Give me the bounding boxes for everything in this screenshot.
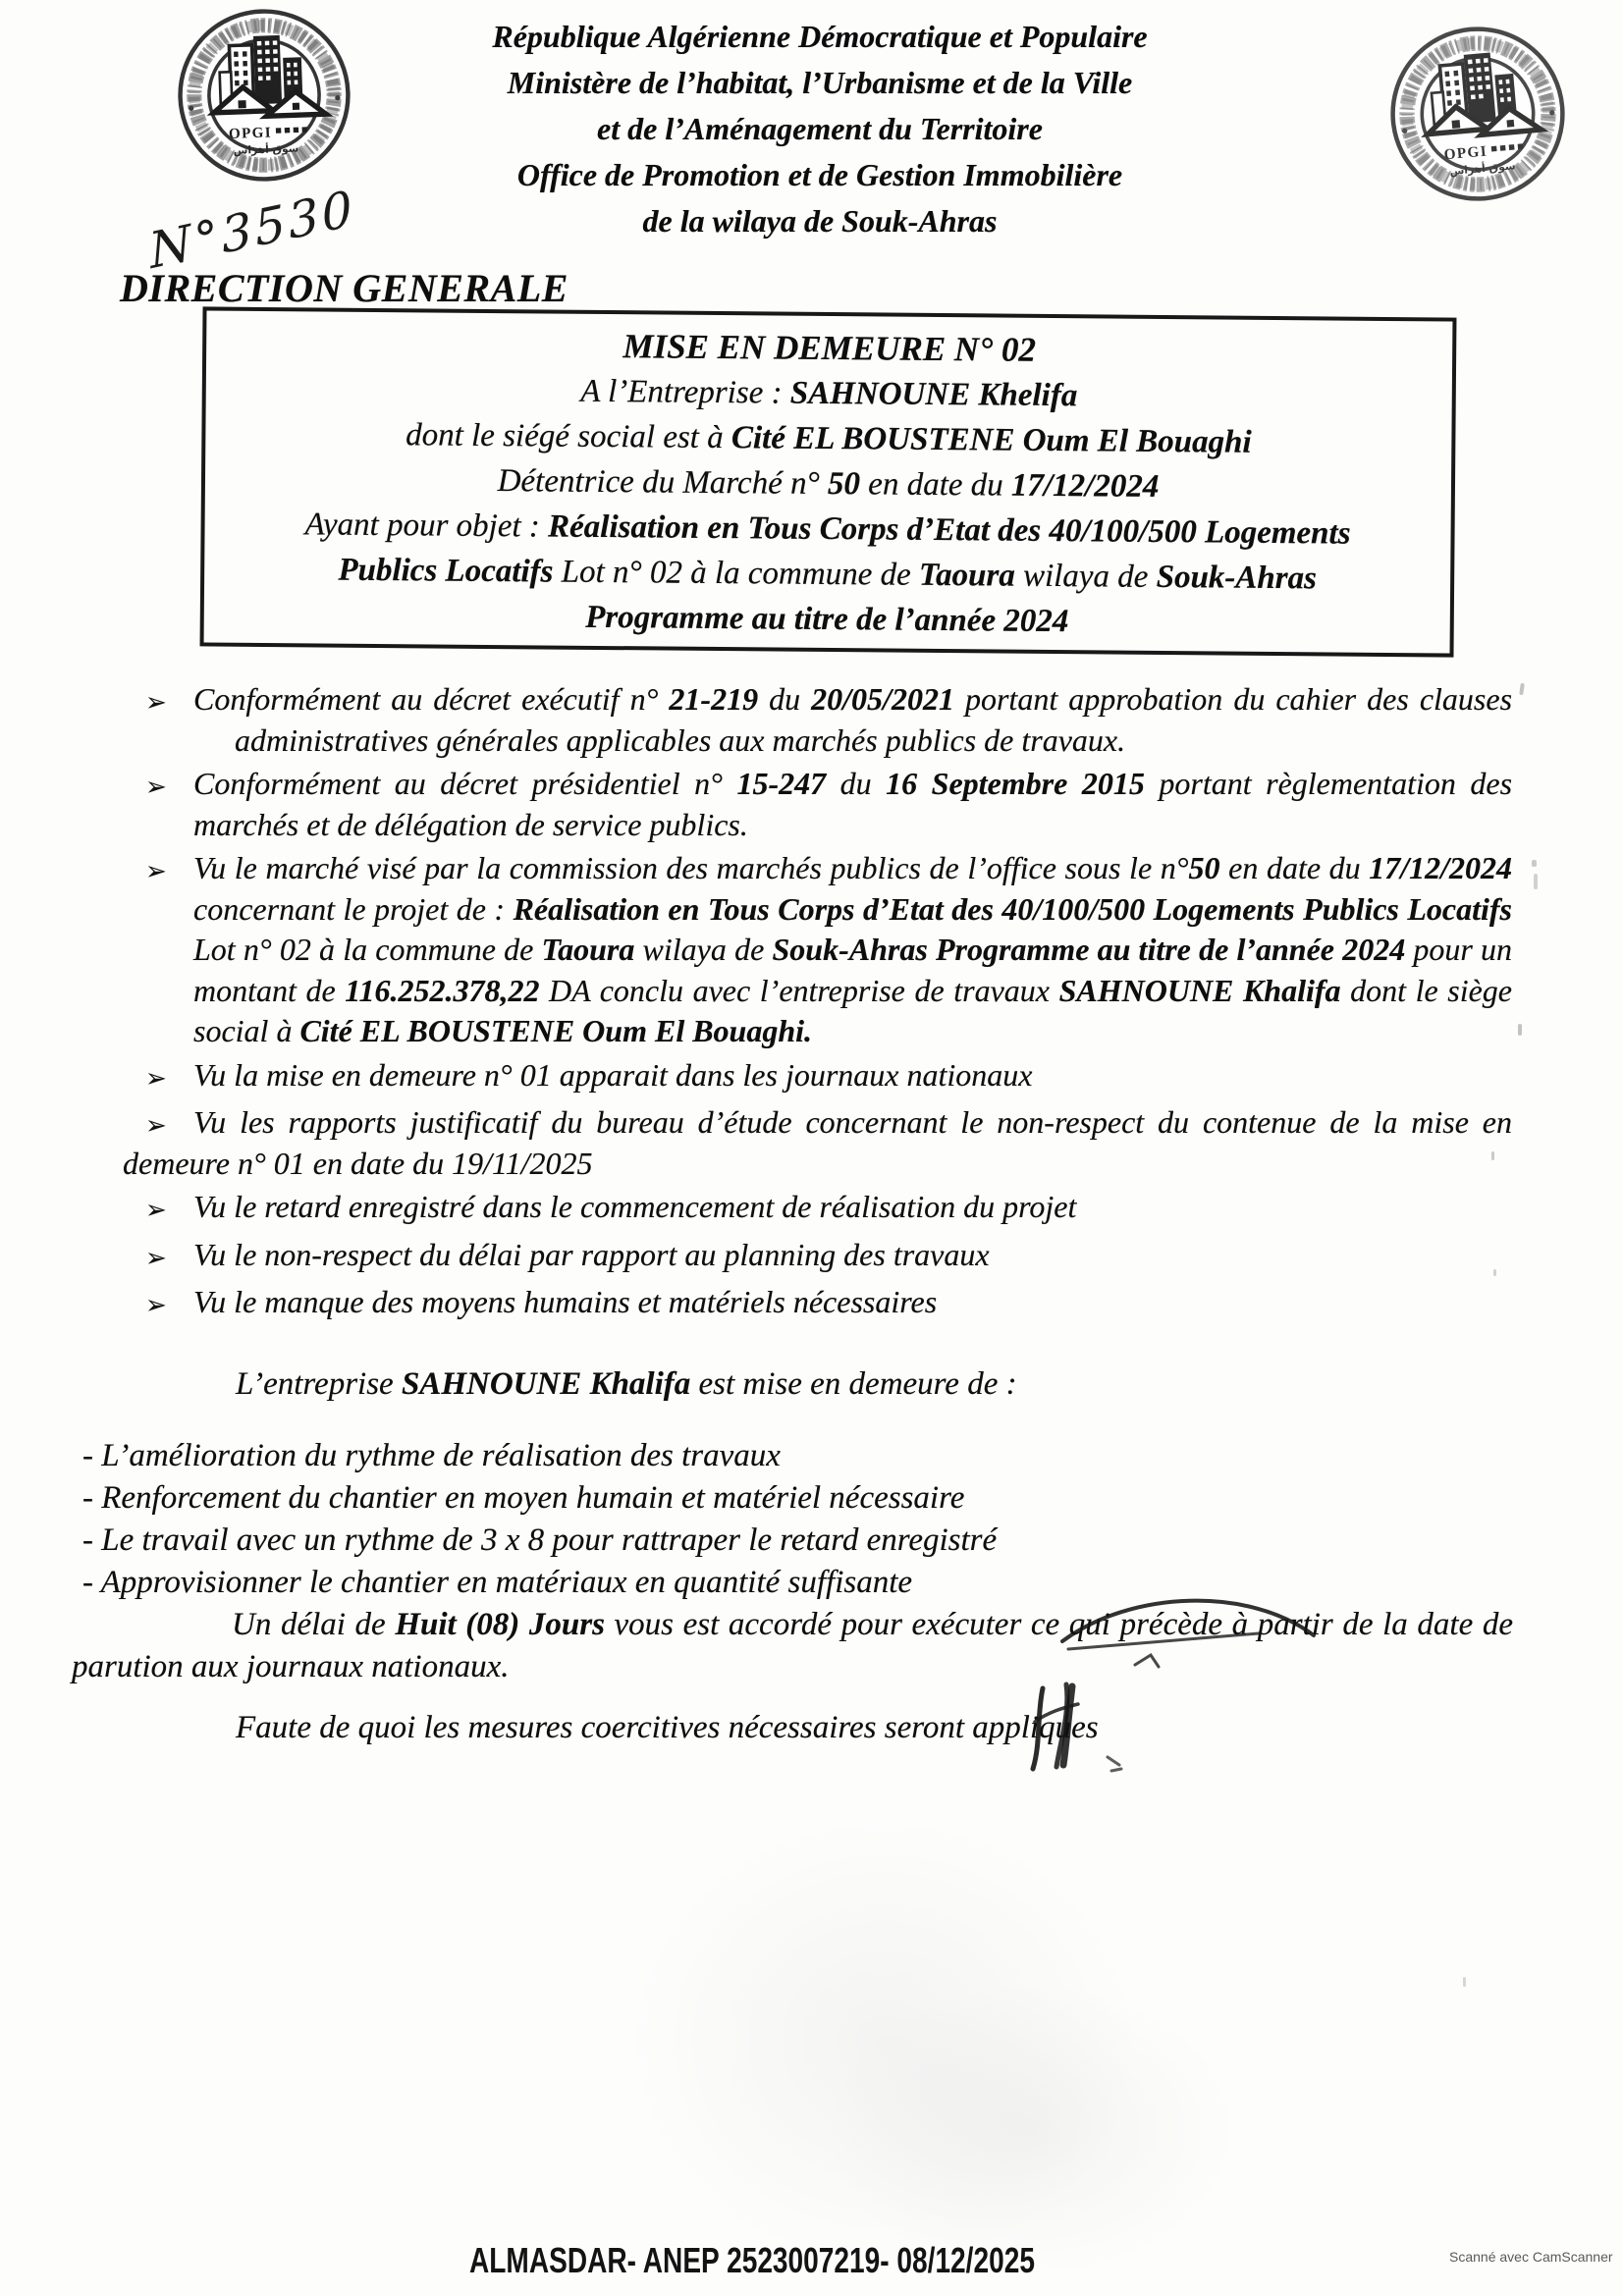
arrow-bullet-icon: ➢ — [145, 848, 193, 1052]
whereas-text: Vu les rapports justificatif du bureau d… — [123, 1102, 1512, 1184]
whereas-item: ➢ Vu le marché visé par la commission de… — [145, 848, 1512, 1052]
whereas-text: Vu le retard enregistré dans le commence… — [193, 1187, 1512, 1232]
arrow-bullet-icon: ➢ — [145, 1055, 193, 1100]
direction-generale-title: DIRECTION GENERALE — [120, 265, 568, 311]
whereas-item: ➢ Conformément au décret exécutif n° 21-… — [145, 679, 1512, 761]
arrow-bullet-icon: ➢ — [145, 1235, 193, 1280]
scan-speck — [1519, 683, 1525, 695]
camscanner-watermark: Scanné avec CamScanner — [1449, 2249, 1613, 2265]
whereas-text: Vu la mise en demeure n° 01 apparait dan… — [193, 1055, 1512, 1100]
arrow-bullet-icon: ➢ — [145, 764, 193, 845]
scanned-document-page: OPGI سوق أهراس République Algérienne Dém… — [0, 0, 1623, 2296]
scan-speck — [1491, 1151, 1494, 1160]
scan-speck — [1532, 860, 1537, 867]
anep-publication-line: ALMASDAR- ANEP 2523007219- 08/12/2025 — [469, 2240, 1035, 2281]
opgi-seal-icon — [1378, 18, 1579, 210]
scan-blotch — [628, 1816, 1139, 2268]
formal-notice-statement: L’entreprise SAHNOUNE Khalifa est mise e… — [236, 1366, 1017, 1403]
whereas-text: Conformément au décret exécutif n° 21-21… — [193, 679, 1512, 761]
demand-item: - Approvisionner le chantier en matériau… — [82, 1562, 997, 1604]
demand-item: - Renforcement du chantier en moyen huma… — [82, 1477, 997, 1520]
scan-speck — [1463, 1977, 1466, 1987]
whereas-text: Conformément au décret présidentiel n° 1… — [193, 764, 1512, 845]
whereas-item: ➢ Vu le manque des moyens humains et mat… — [145, 1282, 1512, 1327]
demands-list: - L’amélioration du rythme de réalisatio… — [82, 1435, 997, 1604]
delay-paragraph: Un délai de Huit (08) Jours vous est acc… — [72, 1604, 1513, 1688]
arrow-bullet-icon: ➢ — [145, 1282, 193, 1327]
whereas-item: ➢ Vu le retard enregistré dans le commen… — [145, 1187, 1512, 1232]
whereas-text: Vu le non-respect du délai par rapport a… — [193, 1235, 1512, 1280]
whereas-list: ➢ Conformément au décret exécutif n° 21-… — [145, 679, 1512, 1330]
coercive-measures-line: Faute de quoi les mesures coercitives né… — [236, 1710, 1099, 1746]
whereas-item: ➢ Conformément au décret présidentiel n°… — [145, 764, 1512, 845]
whereas-item: ➢ Vu la mise en demeure n° 01 apparait d… — [145, 1055, 1512, 1100]
header-line-republic: République Algérienne Démocratique et Po… — [324, 14, 1316, 60]
whereas-text: Vu le manque des moyens humains et matér… — [193, 1282, 1512, 1327]
whereas-text: Vu le marché visé par la commission des … — [193, 848, 1512, 1052]
header-letterhead: République Algérienne Démocratique et Po… — [324, 14, 1316, 244]
header-line-wilaya: de la wilaya de Souk-Ahras — [324, 198, 1316, 244]
scan-speck — [1534, 874, 1538, 889]
arrow-bullet-icon: ➢ — [145, 1187, 193, 1232]
header-line-territory: et de l’Aménagement du Territoire — [324, 106, 1316, 152]
whereas-item: ➢ Vu les rapports justificatif du bureau… — [145, 1102, 1512, 1184]
notice-title-box: MISE EN DEMEURE N° 02 A l’Entreprise : S… — [200, 306, 1457, 657]
scan-speck — [1518, 1024, 1522, 1036]
header-line-office: Office de Promotion et de Gestion Immobi… — [324, 152, 1316, 198]
arrow-bullet-icon: ➢ — [145, 679, 193, 761]
scan-speck — [1493, 1269, 1496, 1276]
demand-item: - Le travail avec un rythme de 3 x 8 pou… — [82, 1520, 997, 1562]
header-line-ministry: Ministère de l’habitat, l’Urbanisme et d… — [324, 60, 1316, 106]
demand-item: - L’amélioration du rythme de réalisatio… — [82, 1435, 997, 1477]
scan-blotch — [825, 1983, 1237, 2277]
whereas-item: ➢ Vu le non-respect du délai par rapport… — [145, 1235, 1512, 1280]
